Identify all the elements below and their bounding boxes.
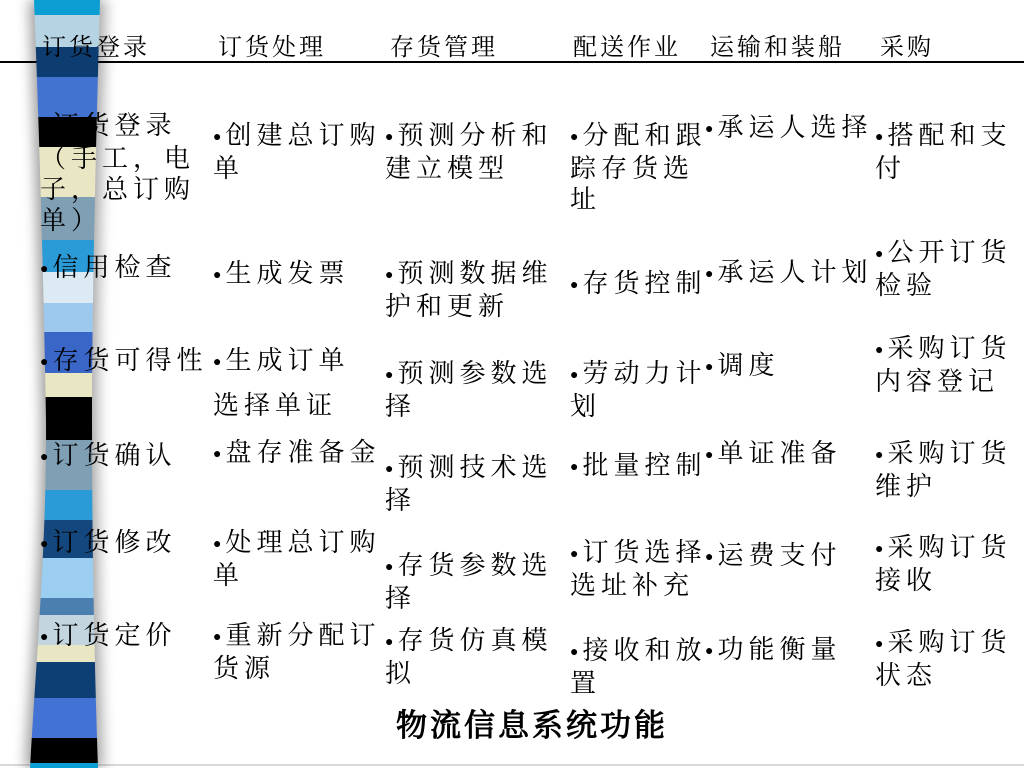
bullet-icon: ● [40,450,48,465]
bullet-icon: ● [213,447,221,462]
bullet-icon: ● [705,644,713,659]
bullet-item: ●盘存准备金 [213,437,403,470]
bullet-icon: ● [213,268,221,283]
bullet-icon: ● [875,247,883,262]
item-text: 盘存准备金 [225,438,380,467]
bullet-icon: ● [385,368,393,383]
bullet-icon: ● [385,462,393,477]
bullet-icon: ● [570,460,578,475]
bullet-icon: ● [385,268,393,283]
bullet-item: ●预测数据维 护和更新 [385,258,575,322]
item-text: 分配和跟 踪存货选 址 [570,121,706,214]
bullet-icon: ● [705,267,713,282]
bullet-item: ●预测技术选 择 [385,452,575,516]
column-header-3: 存货管理 [390,27,498,62]
bullet-icon: ● [570,368,578,383]
bullet-item: ●批量控制 [570,450,720,483]
bullet-icon: ● [40,537,48,552]
bullet-item: ●运费支付 [705,540,895,573]
item-text: 生成发票 [225,259,349,288]
item-text: 搭配和支 付 [875,121,1011,183]
bullet-icon: ● [875,542,883,557]
item-text: 订货定价 [52,621,176,650]
bullet-item: ●信用检查 [40,252,220,285]
column-header-2: 订货处理 [218,27,326,62]
item-text: 承运人计划 [717,258,872,287]
item-text: 创建总订购 单 [213,121,380,183]
item-text: 调度 [717,351,779,380]
bullet-icon: ● [570,645,578,660]
bullet-item: ●订货选择 选址补充 [570,537,720,601]
bullet-item: ●订货修改 [40,527,220,560]
item-text: 劳动力计 划 [570,359,706,421]
bullet-item: ●处理总订购 单 [213,527,403,591]
item-text: 订货确认 [52,441,176,470]
bullet-icon: ● [40,262,48,277]
item-text: 采购订货 接收 [875,533,1011,595]
bullet-icon: ● [570,130,578,145]
bullet-item: ●接收和放 置 [570,635,720,699]
bullet-icon: ● [875,448,883,463]
bullet-item: ●劳动力计 划 [570,358,720,422]
bullet-icon: ● [213,537,221,552]
item-text: 采购订货 内容登记 [875,334,1011,396]
bullet-icon: ● [213,130,221,145]
bullet-item: ●预测参数选 择 [385,358,575,422]
item-text: 存货仿真模 拟 [385,626,552,688]
bullet-item: ●采购订货 维护 [875,438,1024,502]
item-text: 存货可得性 [52,346,207,375]
bullet-item: ●生成订单 [213,345,403,378]
item-text: 接收和放 置 [570,636,706,698]
bullet-item: ●创建总订购 单 [213,120,403,184]
item-text: 功能衡量 [717,635,841,664]
bullet-icon: ● [705,122,713,137]
item-text: 订货选择 选址补充 [570,538,706,600]
item-text: 批量控制 [582,451,706,480]
bullet-item: ●单证准备 [705,438,895,471]
bullet-icon: ● [40,355,48,370]
bottom-rule [0,764,1024,766]
bullet-item: ●存货仿真模 拟 [385,625,575,689]
item-text: 预测参数选 择 [385,359,552,421]
item-text: 重新分配订 货源 [213,621,380,683]
column-header-4: 配送作业 [573,27,681,62]
bullet-item: ●采购订货 接收 [875,532,1024,596]
column-header-1: 订货登录 [42,27,150,62]
item-text: 运费支付 [717,541,841,570]
bullet-icon: ● [705,360,713,375]
item-text: 生成订单 [225,346,349,375]
bullet-item: ●采购订货 状态 [875,627,1024,691]
bullet-icon: ● [705,550,713,565]
bullet-icon: ● [875,130,883,145]
item-text: 选择单证 [213,391,337,420]
bullet-icon: ● [40,120,48,135]
item-text: 预测技术选 择 [385,453,552,515]
bullet-icon: ● [40,630,48,645]
bullet-icon: ● [385,635,393,650]
bullet-icon: ● [385,130,393,145]
bullet-item: ●订货登录 （手工，电 子，总订购 单） [40,110,220,236]
bullet-icon: ● [570,278,578,293]
item-text: 订货登录 （手工，电 子，总订购 单） [40,111,195,235]
bullet-icon: ● [570,547,578,562]
bullet-icon: ● [213,630,221,645]
item-text: 存货控制 [582,269,706,298]
item-text: 单证准备 [717,439,841,468]
item-text: 订货修改 [52,528,176,557]
bullet-icon: ● [705,448,713,463]
item-text: 公开订货 检验 [875,238,1011,300]
item-text: 预测分析和 建立模型 [385,121,552,183]
item-text: 预测数据维 护和更新 [385,259,552,321]
item-text: 承运人选择 [717,113,872,142]
bullet-item: ●功能衡量 [705,634,895,667]
bullet-item: ●重新分配订 货源 [213,620,403,684]
bullet-item: ●生成发票 [213,258,403,291]
header-rule [0,61,1024,63]
bullet-item: ●存货可得性 [40,345,220,378]
bullet-item: ●预测分析和 建立模型 [385,120,575,184]
column-header-5: 运输和装船 [710,27,845,62]
bullet-item: ●采购订货 内容登记 [875,333,1024,397]
item-text: 信用检查 [52,253,176,282]
bullet-item: ●分配和跟 踪存货选 址 [570,120,720,215]
slide-title: 物流信息系统功能 [40,700,1024,745]
item-text: 采购订货 维护 [875,439,1011,501]
item-text: 存货参数选 择 [385,551,552,613]
bullet-item: ●订货确认 [40,440,220,473]
item-text: 处理总订购 单 [213,528,380,590]
bullet-item: ●调度 [705,350,895,383]
bullet-item: ●承运人选择 [705,112,895,145]
column-header-6: 采购 [880,27,934,62]
bullet-item: ●订货定价 [40,620,220,653]
bullet-item: ●存货参数选 择 [385,550,575,614]
bullet-icon: ● [875,637,883,652]
bullet-icon: ● [385,560,393,575]
bullet-item: ●公开订货 检验 [875,237,1024,301]
bullet-item: ●承运人计划 [705,257,895,290]
bullet-item: 选择单证 [213,390,403,421]
bullet-item: ●搭配和支 付 [875,120,1024,184]
bullet-icon: ● [213,355,221,370]
bullet-icon: ● [875,343,883,358]
slide-canvas: 物流信息系统功能 订货登录●订货登录 （手工，电 子，总订购 单）●信用检查●存… [0,0,1024,768]
bullet-item: ●存货控制 [570,268,720,301]
item-text: 采购订货 状态 [875,628,1011,690]
